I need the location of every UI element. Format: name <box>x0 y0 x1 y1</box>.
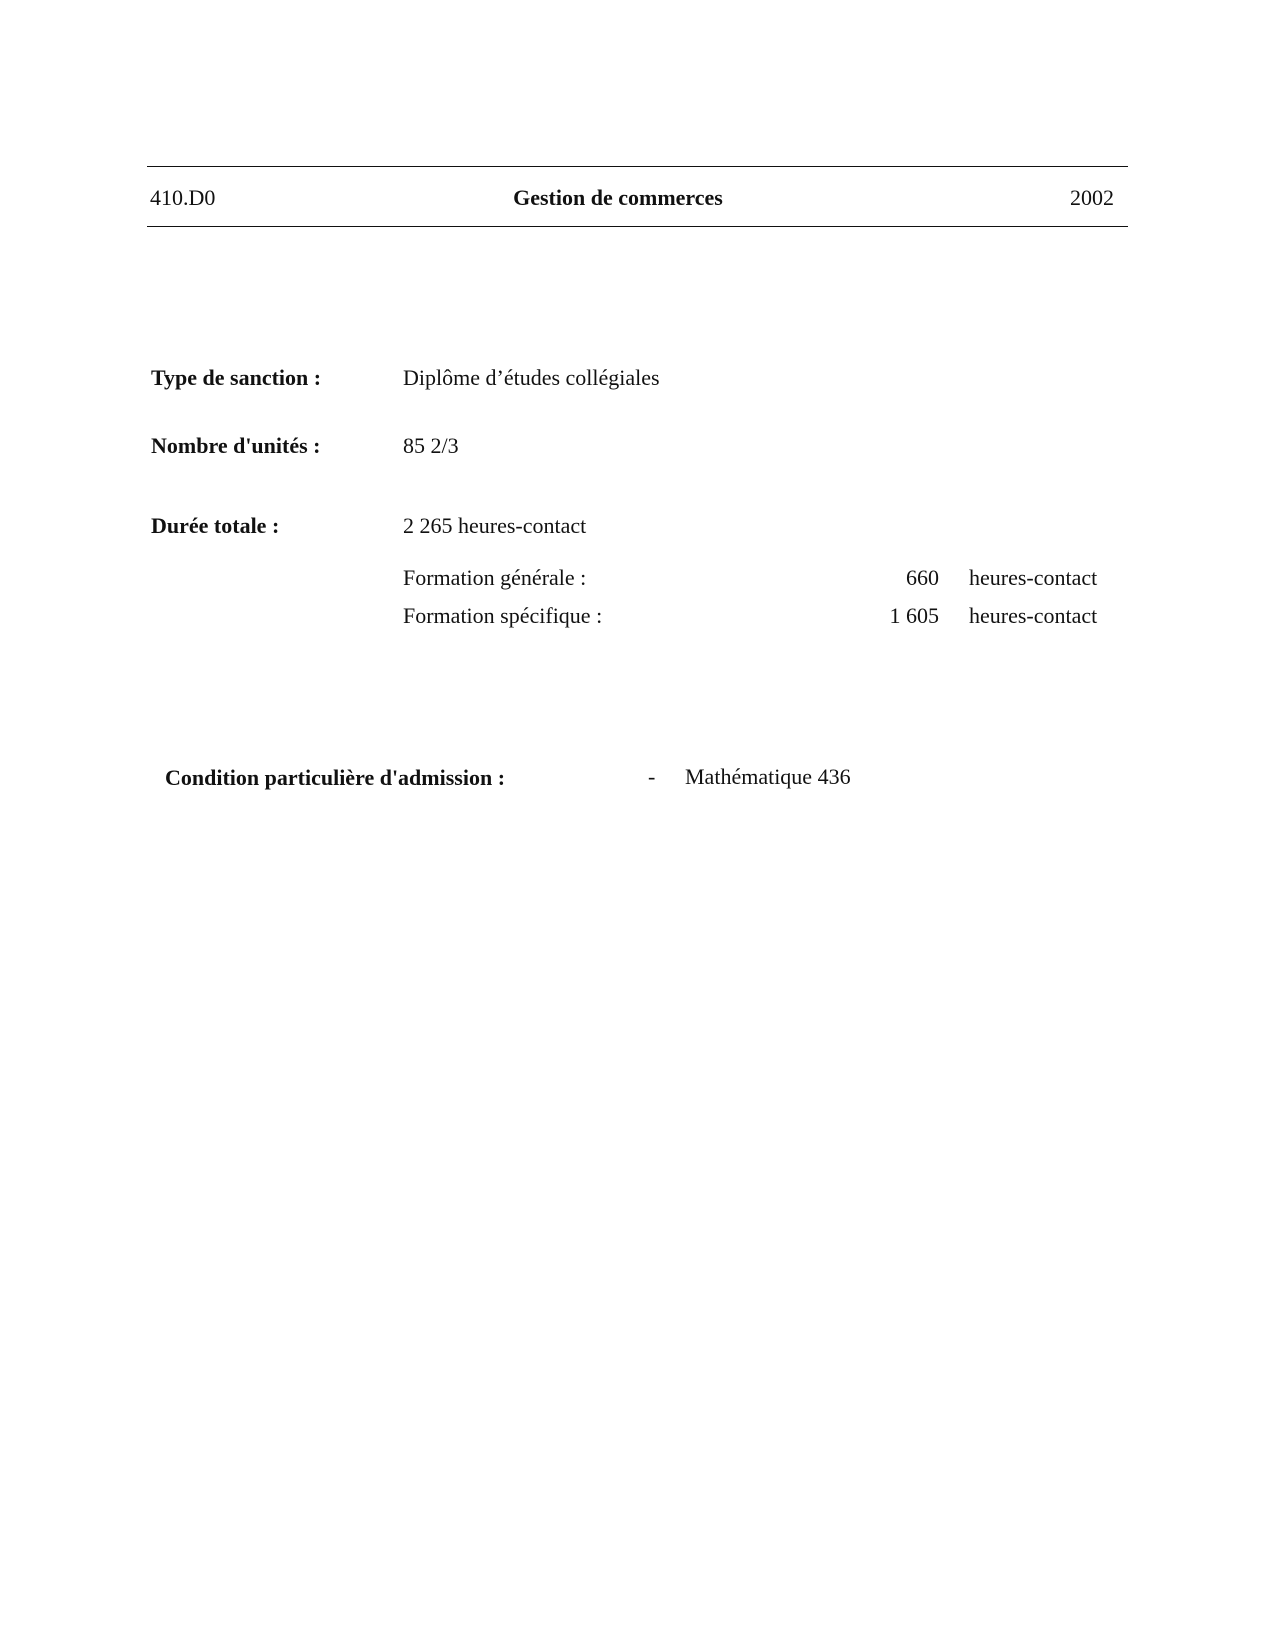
admission-item: Mathématique 436 <box>685 764 851 790</box>
program-year: 2002 <box>1070 185 1114 211</box>
units-label: Nombre d'unités : <box>151 433 321 459</box>
general-training-label: Formation générale : <box>403 565 586 591</box>
specific-training-hours: 1 605 <box>890 603 940 629</box>
header-bottom-rule <box>147 226 1128 227</box>
program-title: Gestion de commerces <box>418 185 818 211</box>
sanction-label: Type de sanction : <box>151 365 321 391</box>
general-training-unit: heures-contact <box>969 565 1097 591</box>
general-training-hours: 660 <box>906 565 939 591</box>
duration-label: Durée totale : <box>151 513 279 539</box>
sanction-value: Diplôme d’études collégiales <box>403 365 660 391</box>
specific-training-label: Formation spécifique : <box>403 603 602 629</box>
program-code: 410.D0 <box>150 185 215 211</box>
duration-value: 2 265 heures-contact <box>403 513 586 539</box>
header-top-rule <box>147 166 1128 167</box>
admission-bullet: - <box>648 764 655 790</box>
specific-training-unit: heures-contact <box>969 603 1097 629</box>
units-value: 85 2/3 <box>403 433 459 459</box>
admission-label: Condition particulière d'admission : <box>165 765 505 791</box>
